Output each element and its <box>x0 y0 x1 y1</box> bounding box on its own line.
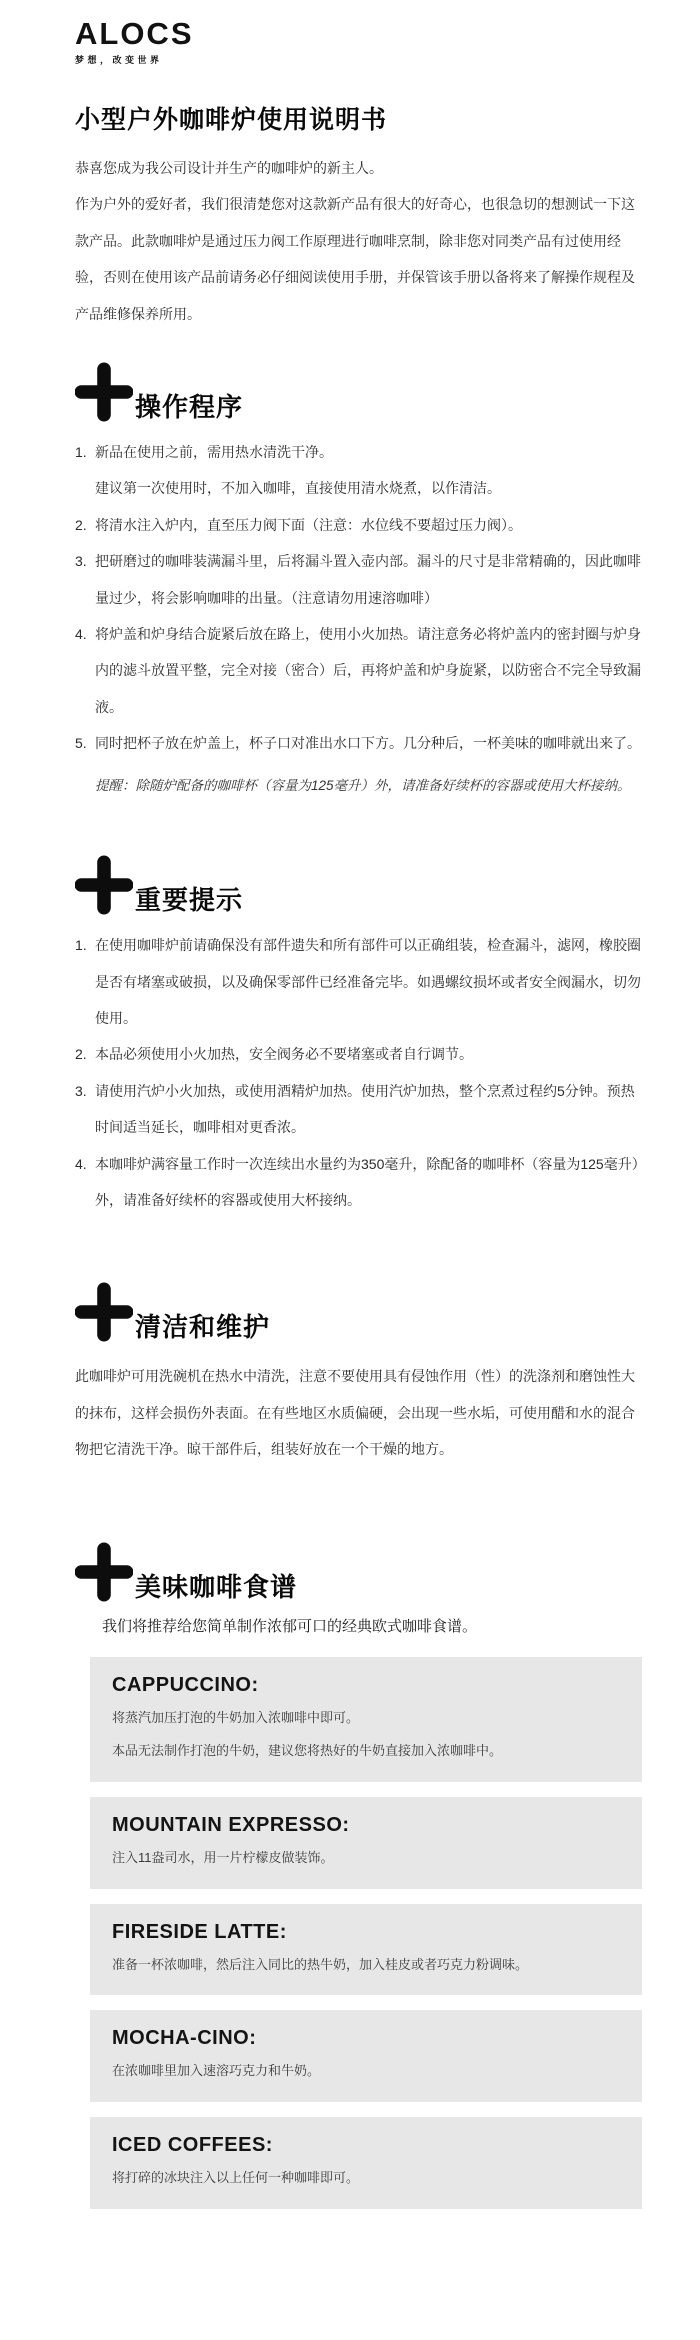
recipe-title: MOUNTAIN EXPRESSO: <box>112 1813 620 1837</box>
recipe-title: FIRESIDE LATTE: <box>112 1920 620 1944</box>
section-recipes-header: 美味咖啡食谱 <box>75 1542 642 1602</box>
section-operation: 操作程序 1. 新品在使用之前，需用热水清洗干净。 建议第一次使用时，不加入咖啡… <box>75 362 642 803</box>
item-text: 把研磨过的咖啡装满漏斗里，后将漏斗置入壶内部。漏斗的尺寸是非常精确的，因此咖啡量… <box>95 543 642 616</box>
list-item: 2. 将清水注入炉内，直至压力阀下面（注意：水位线不要超过压力阀）。 <box>75 507 642 543</box>
item-number: 3. <box>75 1073 95 1146</box>
item-number: 1. <box>75 434 95 507</box>
list-item: 1. 新品在使用之前，需用热水清洗干净。 建议第一次使用时，不加入咖啡，直接使用… <box>75 434 642 507</box>
item-number: 4. <box>75 1146 95 1219</box>
section-recipes: 美味咖啡食谱 我们将推荐给您简单制作浓郁可口的经典欧式咖啡食谱。 CAPPUCC… <box>75 1542 642 2209</box>
section-operation-heading: 操作程序 <box>135 394 243 420</box>
item-text: 在使用咖啡炉前请确保没有部件遗失和所有部件可以正确组装，检查漏斗，滤网，橡胶圈是… <box>95 927 642 1036</box>
item-number: 2. <box>75 507 95 543</box>
item-text: 将炉盖和炉身结合旋紧后放在路上，使用小火加热。请注意务必将炉盖内的密封圈与炉身内… <box>95 616 642 725</box>
plus-icon <box>75 362 133 422</box>
recipe-card: MOCHA-CINO: 在浓咖啡里加入速溶巧克力和牛奶。 <box>90 2010 642 2102</box>
intro-paragraph-2: 作为户外的爱好者，我们很清楚您对这款新产品有很大的好奇心，也很急切的想测试一下这… <box>75 186 642 332</box>
item-text: 新品在使用之前，需用热水清洗干净。 建议第一次使用时，不加入咖啡，直接使用清水烧… <box>95 434 642 507</box>
intro-paragraph-1: 恭喜您成为我公司设计并生产的咖啡炉的新主人。 <box>75 150 642 186</box>
page-title: 小型户外咖啡炉使用说明书 <box>75 100 642 136</box>
recipe-description: 本品无法制作打泡的牛奶，建议您将热好的牛奶直接加入浓咖啡中。 <box>112 1739 620 1764</box>
list-item: 2. 本品必须使用小火加热，安全阀务必不要堵塞或者自行调节。 <box>75 1036 642 1072</box>
item-number: 2. <box>75 1036 95 1072</box>
recipe-title: MOCHA-CINO: <box>112 2026 620 2050</box>
cleaning-paragraph: 此咖啡炉可用洗碗机在热水中清洗，注意不要使用具有侵蚀作用（性）的洗涤剂和磨蚀性大… <box>75 1358 642 1467</box>
recipe-card: CAPPUCCINO: 将蒸汽加压打泡的牛奶加入浓咖啡中即可。 本品无法制作打泡… <box>90 1657 642 1782</box>
item-text: 本品必须使用小火加热，安全阀务必不要堵塞或者自行调节。 <box>95 1036 642 1072</box>
recipe-card: MOUNTAIN EXPRESSO: 注入11盎司水，用一片柠檬皮做装饰。 <box>90 1797 642 1889</box>
item-text: 将清水注入炉内，直至压力阀下面（注意：水位线不要超过压力阀）。 <box>95 507 642 543</box>
recipes-subtitle: 我们将推荐给您简单制作浓郁可口的经典欧式咖啡食谱。 <box>102 1610 642 1643</box>
reminder-note: 提醒：除随炉配备的咖啡杯（容量为125毫升）外，请准备好续杯的容器或使用大杯接纳… <box>75 769 642 803</box>
section-operation-header: 操作程序 <box>75 362 642 422</box>
recipe-description: 在浓咖啡里加入速溶巧克力和牛奶。 <box>112 2059 620 2084</box>
recipe-description: 将蒸汽加压打泡的牛奶加入浓咖啡中即可。 <box>112 1706 620 1731</box>
item-number: 4. <box>75 616 95 725</box>
section-important-header: 重要提示 <box>75 855 642 915</box>
list-item: 4. 将炉盖和炉身结合旋紧后放在路上，使用小火加热。请注意务必将炉盖内的密封圈与… <box>75 616 642 725</box>
intro-block: 恭喜您成为我公司设计并生产的咖啡炉的新主人。 作为户外的爱好者，我们很清楚您对这… <box>75 150 642 332</box>
recipe-description: 将打碎的冰块注入以上任何一种咖啡即可。 <box>112 2166 620 2191</box>
list-item: 3. 请使用汽炉小火加热，或使用酒精炉加热。使用汽炉加热，整个烹煮过程约5分钟。… <box>75 1073 642 1146</box>
plus-icon <box>75 1542 133 1602</box>
list-item: 4. 本咖啡炉满容量工作时一次连续出水量约为350毫升，除配备的咖啡杯（容量为1… <box>75 1146 642 1219</box>
item-text: 本咖啡炉满容量工作时一次连续出水量约为350毫升，除配备的咖啡杯（容量为125毫… <box>95 1146 642 1219</box>
recipe-title: ICED COFFEES: <box>112 2133 620 2157</box>
item-text: 同时把杯子放在炉盖上，杯子口对准出水口下方。几分种后，一杯美味的咖啡就出来了。 <box>95 725 642 761</box>
section-important-heading: 重要提示 <box>135 887 243 913</box>
brand-logo: ALOCS <box>75 18 642 49</box>
brand-header: ALOCS 梦想，改变世界 <box>75 18 642 66</box>
item-text: 请使用汽炉小火加热，或使用酒精炉加热。使用汽炉加热，整个烹煮过程约5分钟。预热时… <box>95 1073 642 1146</box>
list-item: 5. 同时把杯子放在炉盖上，杯子口对准出水口下方。几分种后，一杯美味的咖啡就出来… <box>75 725 642 761</box>
list-item: 3. 把研磨过的咖啡装满漏斗里，后将漏斗置入壶内部。漏斗的尺寸是非常精确的，因此… <box>75 543 642 616</box>
recipe-cards: CAPPUCCINO: 将蒸汽加压打泡的牛奶加入浓咖啡中即可。 本品无法制作打泡… <box>90 1657 642 2209</box>
section-cleaning: 清洁和维护 此咖啡炉可用洗碗机在热水中清洗，注意不要使用具有侵蚀作用（性）的洗涤… <box>75 1282 642 1467</box>
section-cleaning-header: 清洁和维护 <box>75 1282 642 1342</box>
recipe-card: ICED COFFEES: 将打碎的冰块注入以上任何一种咖啡即可。 <box>90 2117 642 2209</box>
recipe-description: 注入11盎司水，用一片柠檬皮做装饰。 <box>112 1846 620 1871</box>
section-important: 重要提示 1. 在使用咖啡炉前请确保没有部件遗失和所有部件可以正确组装，检查漏斗… <box>75 855 642 1218</box>
recipe-title: CAPPUCCINO: <box>112 1673 620 1697</box>
manual-page: ALOCS 梦想，改变世界 小型户外咖啡炉使用说明书 恭喜您成为我公司设计并生产… <box>0 0 700 2294</box>
item-number: 1. <box>75 927 95 1036</box>
plus-icon <box>75 1282 133 1342</box>
recipe-description: 准备一杯浓咖啡，然后注入同比的热牛奶，加入桂皮或者巧克力粉调味。 <box>112 1953 620 1978</box>
plus-icon <box>75 855 133 915</box>
item-number: 3. <box>75 543 95 616</box>
section-cleaning-heading: 清洁和维护 <box>135 1314 270 1340</box>
important-tips-list: 1. 在使用咖啡炉前请确保没有部件遗失和所有部件可以正确组装，检查漏斗，滤网，橡… <box>75 927 642 1218</box>
section-recipes-heading: 美味咖啡食谱 <box>135 1574 297 1600</box>
list-item: 1. 在使用咖啡炉前请确保没有部件遗失和所有部件可以正确组装，检查漏斗，滤网，橡… <box>75 927 642 1036</box>
recipe-card: FIRESIDE LATTE: 准备一杯浓咖啡，然后注入同比的热牛奶，加入桂皮或… <box>90 1904 642 1996</box>
operation-steps-list: 1. 新品在使用之前，需用热水清洗干净。 建议第一次使用时，不加入咖啡，直接使用… <box>75 434 642 762</box>
brand-tagline: 梦想，改变世界 <box>75 53 642 66</box>
item-number: 5. <box>75 725 95 761</box>
